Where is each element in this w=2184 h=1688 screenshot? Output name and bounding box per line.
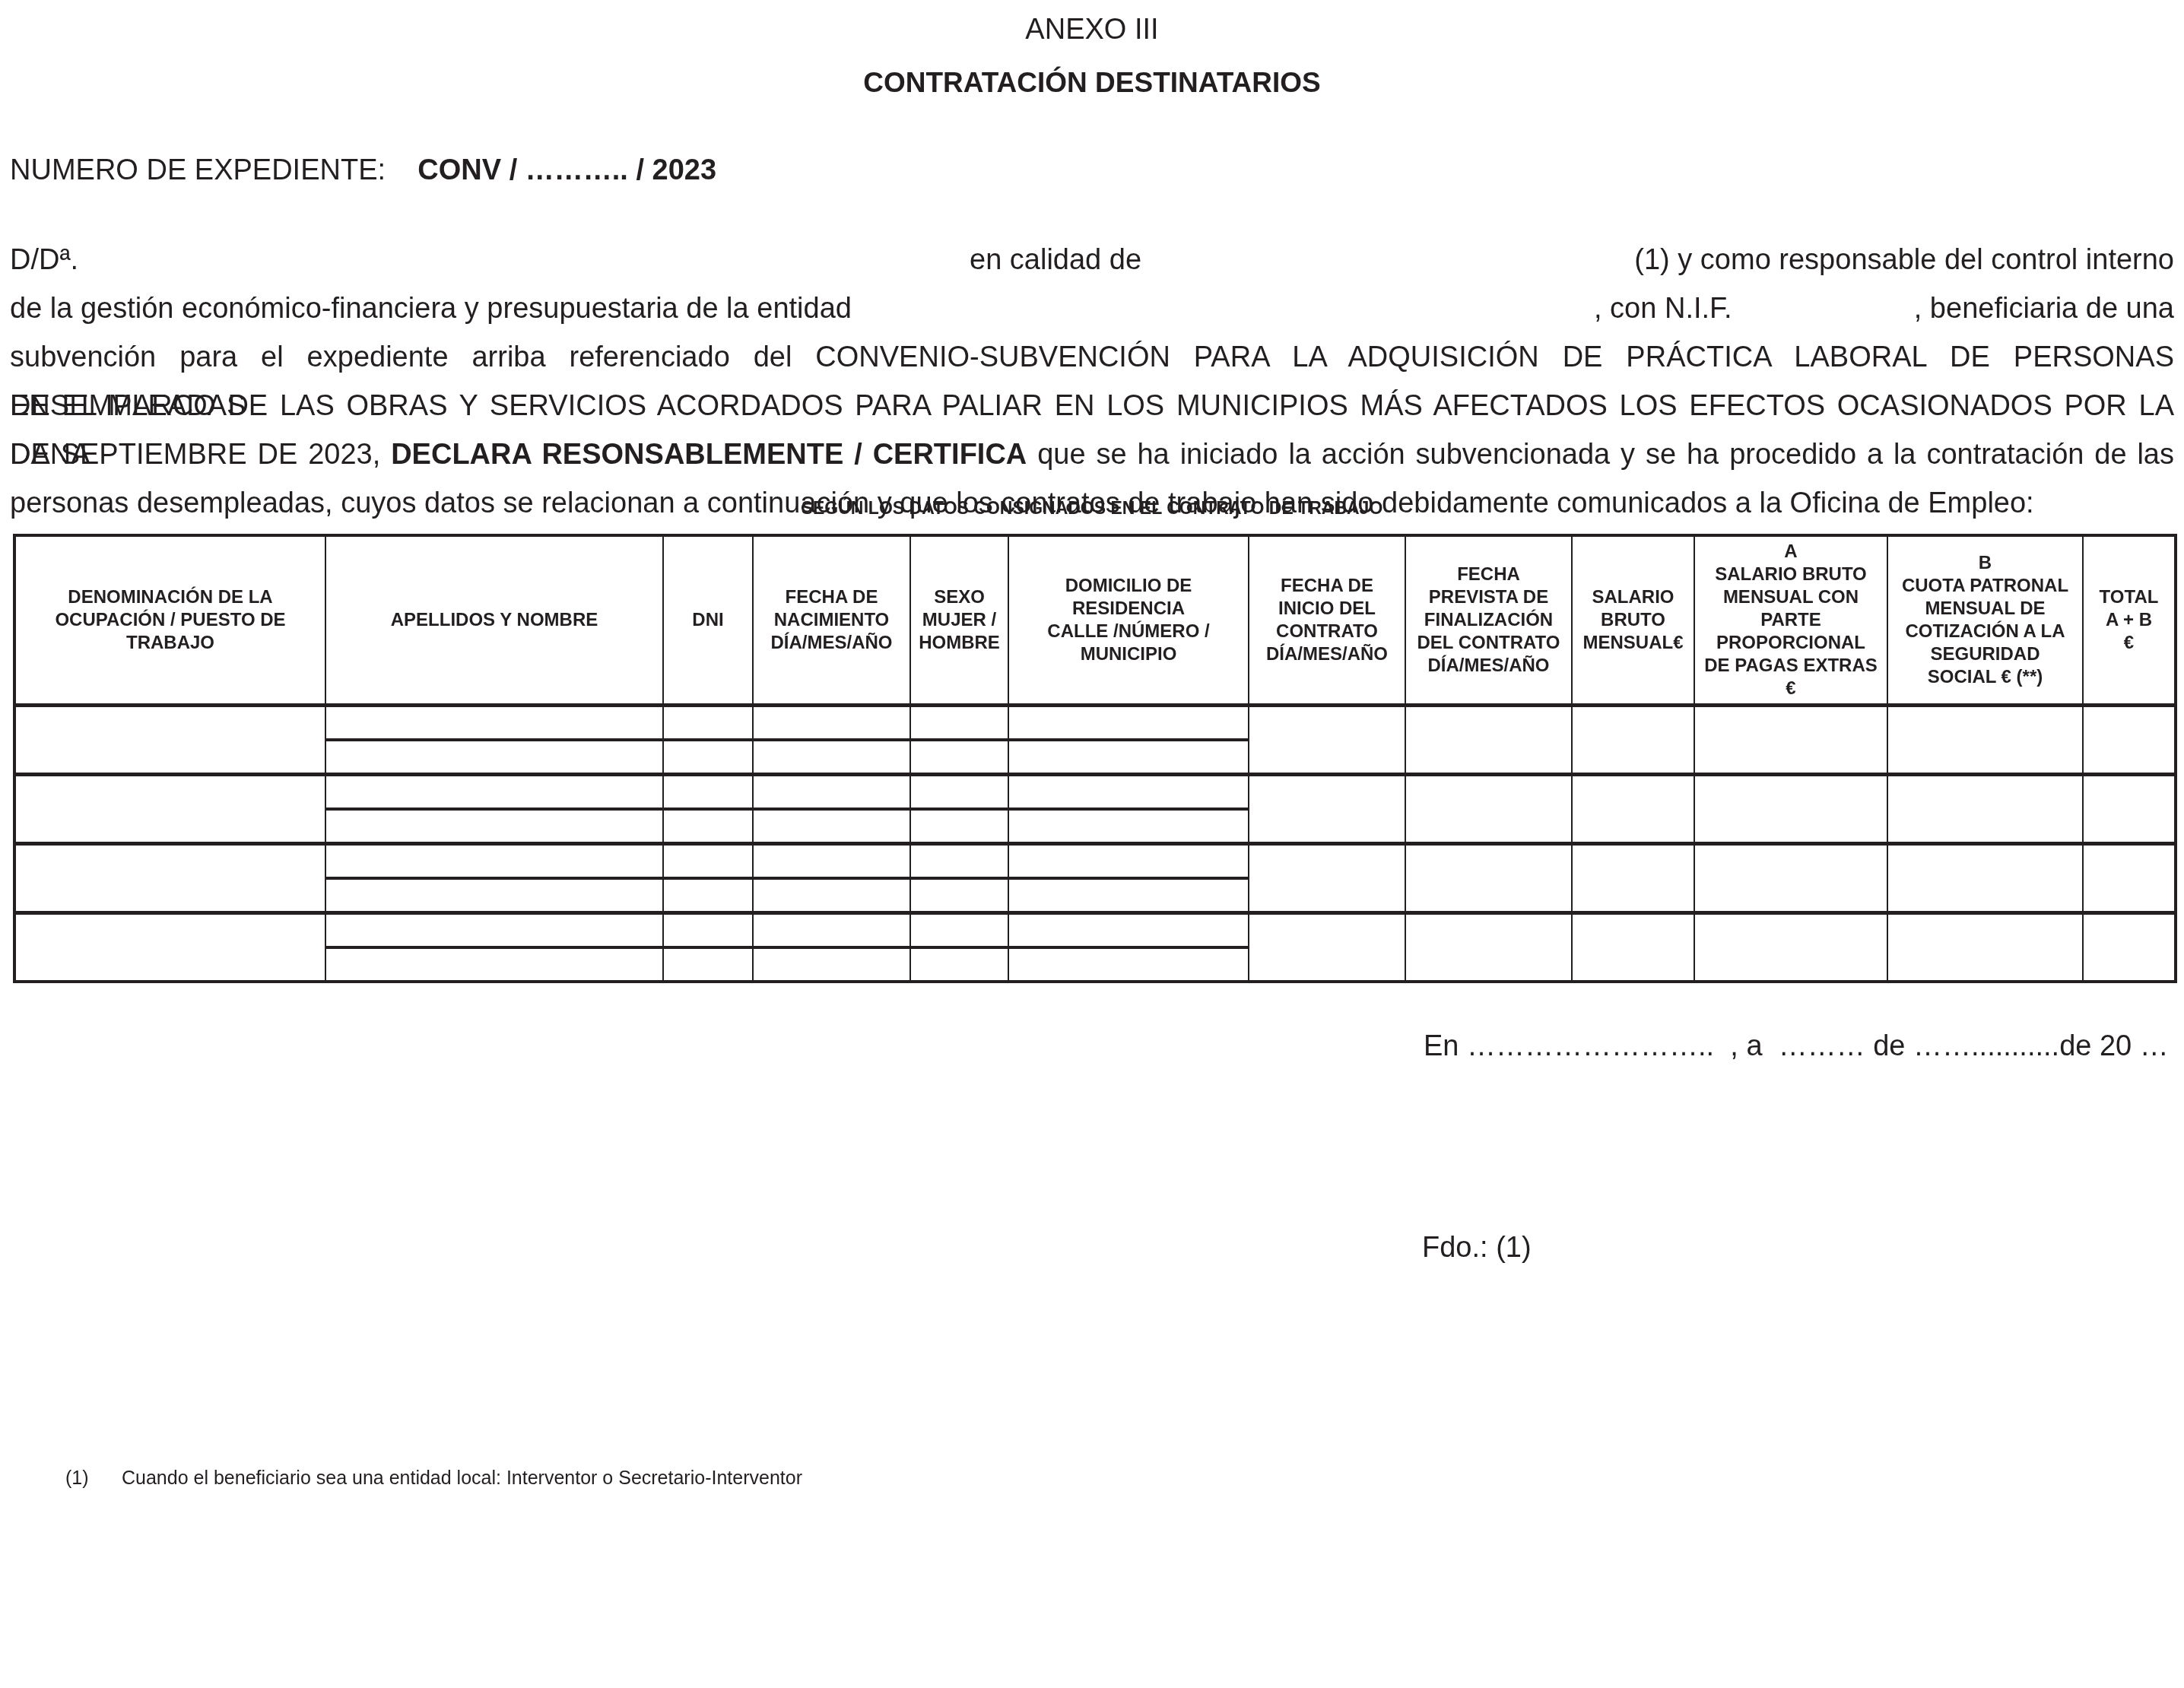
table-cell[interactable]	[910, 844, 1008, 879]
expediente-row: NUMERO DE EXPEDIENTE: CONV / ……….. / 202…	[10, 154, 716, 187]
table-cell[interactable]	[910, 913, 1008, 948]
table-cell[interactable]	[325, 878, 663, 913]
table-cell[interactable]	[1694, 775, 1887, 844]
column-header: SALARIOBRUTOMENSUAL€	[1572, 535, 1694, 706]
column-header-line: FINALIZACIÓN	[1406, 609, 1571, 632]
column-header-line: DNI	[664, 609, 752, 632]
table-cell[interactable]	[1572, 913, 1694, 982]
expediente-value: CONV / ……….. / 2023	[417, 154, 716, 186]
line2-tail: , beneficiaria de una	[1914, 284, 2174, 333]
table-cell[interactable]	[325, 844, 663, 879]
d-label: D/Dª.	[10, 236, 78, 284]
line5-end: que se ha iniciado la acción subvenciona…	[1037, 439, 2174, 471]
nif-label: , con N.I.F.	[1594, 284, 1732, 333]
table-cell[interactable]	[1887, 913, 2083, 982]
column-header-line: MUJER /	[911, 609, 1008, 632]
calidad-label: en calidad de	[970, 236, 1141, 284]
table-cell[interactable]	[663, 913, 753, 948]
column-header-line: APELLIDOS Y NOMBRE	[326, 609, 662, 632]
column-header-line: SALARIO BRUTO	[1695, 563, 1887, 586]
expediente-label: NUMERO DE EXPEDIENTE:	[10, 154, 386, 186]
table-cell[interactable]	[1008, 706, 1249, 741]
column-header-line: CALLE /NÚMERO /	[1009, 620, 1248, 643]
column-header-line: FECHA DE	[754, 586, 909, 609]
table-header-row: DENOMINACIÓN DE LAOCUPACIÓN / PUESTO DET…	[14, 535, 2176, 706]
table-cell[interactable]	[910, 706, 1008, 741]
column-header: SEXOMUJER /HOMBRE	[910, 535, 1008, 706]
table-cell[interactable]	[1249, 913, 1405, 982]
column-header-line: PROPORCIONAL	[1695, 632, 1887, 655]
column-header-line: DEL CONTRATO	[1406, 632, 1571, 655]
column-header-line: NACIMIENTO	[754, 609, 909, 632]
recipients-table: DENOMINACIÓN DE LAOCUPACIÓN / PUESTO DET…	[13, 534, 2177, 983]
column-header-line: DENOMINACIÓN DE LA	[16, 586, 325, 609]
column-header-line: €	[2084, 632, 2174, 655]
table-cell[interactable]	[14, 844, 325, 913]
column-header: DOMICILIO DERESIDENCIACALLE /NÚMERO /MUN…	[1008, 535, 1249, 706]
table-cell[interactable]	[1249, 844, 1405, 913]
document-title: CONTRATACIÓN DESTINATARIOS	[0, 67, 2184, 99]
table-cell[interactable]	[663, 947, 753, 982]
declaration-line-3: subvención para el expediente arriba ref…	[10, 333, 2174, 382]
column-header: ASALARIO BRUTOMENSUAL CONPARTEPROPORCION…	[1694, 535, 1887, 706]
table-row	[14, 775, 2176, 810]
column-header-line: FECHA DE	[1249, 575, 1405, 598]
table-cell[interactable]	[1008, 844, 1249, 879]
table-cell[interactable]	[663, 809, 753, 844]
table-cell[interactable]	[1008, 775, 1249, 810]
table-cell[interactable]	[2083, 913, 2176, 982]
table-cell[interactable]	[325, 706, 663, 741]
column-header-line: €	[1695, 677, 1887, 700]
line5-start: DE SEPTIEMBRE DE 2023,	[10, 439, 380, 471]
table-cell[interactable]	[1887, 844, 2083, 913]
column-header-line: MUNICIPIO	[1009, 643, 1248, 666]
table-row	[14, 706, 2176, 741]
column-header: TOTALA + B€	[2083, 535, 2176, 706]
table-cell[interactable]	[1008, 740, 1249, 775]
column-header-line: SEXO	[911, 586, 1008, 609]
entidad-label: de la gestión económico-financiera y pre…	[10, 284, 852, 333]
declara-certifica: DECLARA RESONSABLEMENTE / CERTIFICA	[391, 439, 1027, 471]
table-cell[interactable]	[753, 844, 910, 879]
table-cell[interactable]	[910, 775, 1008, 810]
column-header: FECHA DENACIMIENTODÍA/MES/AÑO	[753, 535, 910, 706]
table-cell[interactable]	[753, 947, 910, 982]
table-cell[interactable]	[1405, 913, 1572, 982]
column-header-line: DÍA/MES/AÑO	[754, 632, 909, 655]
column-header-line: FECHA	[1406, 563, 1571, 586]
column-header-line: MENSUAL DE	[1888, 598, 2082, 620]
table-cell[interactable]	[14, 913, 325, 982]
table-cell[interactable]	[1405, 844, 1572, 913]
column-header: DNI	[663, 535, 753, 706]
column-header: DENOMINACIÓN DE LAOCUPACIÓN / PUESTO DET…	[14, 535, 325, 706]
column-header-line: CONTRATO	[1249, 620, 1405, 643]
table-cell[interactable]	[753, 740, 910, 775]
table-cell[interactable]	[753, 878, 910, 913]
column-header-line: DOMICILIO DE	[1009, 575, 1248, 598]
table-cell[interactable]	[1694, 913, 1887, 982]
table-cell[interactable]	[753, 775, 910, 810]
column-header-line: SOCIAL € (**)	[1888, 666, 2082, 689]
table-cell[interactable]	[1405, 706, 1572, 775]
column-header: BCUOTA PATRONALMENSUAL DECOTIZACIÓN A LA…	[1887, 535, 2083, 706]
table-cell[interactable]	[1887, 775, 2083, 844]
table-cell[interactable]	[663, 775, 753, 810]
table-cell[interactable]	[2083, 844, 2176, 913]
column-header-line: INICIO DEL	[1249, 598, 1405, 620]
column-header-line: PARTE	[1695, 609, 1887, 632]
table-cell[interactable]	[910, 809, 1008, 844]
declaration-line-1: D/Dª. en calidad de (1) y como responsab…	[10, 236, 2174, 284]
table-cell[interactable]	[1008, 878, 1249, 913]
table-cell[interactable]	[2083, 706, 2176, 775]
table-cell[interactable]	[1249, 706, 1405, 775]
footnote-marker: (1)	[65, 1467, 89, 1490]
table-cell[interactable]	[753, 706, 910, 741]
column-header-line: CUOTA PATRONAL	[1888, 575, 2082, 598]
column-header-line: MENSUAL CON	[1695, 586, 1887, 609]
table-cell[interactable]	[910, 740, 1008, 775]
column-header-line: HOMBRE	[911, 632, 1008, 655]
column-header-line: A	[1695, 541, 1887, 563]
table-cell[interactable]	[910, 947, 1008, 982]
table-cell[interactable]	[1572, 844, 1694, 913]
table-cell[interactable]	[663, 844, 753, 879]
table-cell[interactable]	[1694, 706, 1887, 775]
table-cell[interactable]	[325, 913, 663, 948]
annex-label: ANEXO III	[0, 14, 2184, 46]
column-header-line: SEGURIDAD	[1888, 643, 2082, 666]
declaration-line-5: DE SEPTIEMBRE DE 2023, DECLARA RESONSABL…	[10, 430, 2174, 479]
signature-label: Fdo.: (1)	[1422, 1232, 1532, 1264]
declaration-line-4: EN EL MARCO DE LAS OBRAS Y SERVICIOS ACO…	[10, 382, 2174, 430]
column-header-line: TOTAL	[2084, 586, 2174, 609]
column-header-line: MENSUAL€	[1573, 632, 1694, 655]
column-header-line: RESIDENCIA	[1009, 598, 1248, 620]
column-header-line: DE PAGAS EXTRAS	[1695, 655, 1887, 677]
column-header-line: PREVISTA DE	[1406, 586, 1571, 609]
table-cell[interactable]	[325, 740, 663, 775]
column-header-line: SALARIO	[1573, 586, 1694, 609]
column-header-line: OCUPACIÓN / PUESTO DE	[16, 609, 325, 632]
footnote-text: Cuando el beneficiario sea una entidad l…	[122, 1467, 802, 1490]
table-cell[interactable]	[1405, 775, 1572, 844]
date-line: En …………………….. , a ……… de ……...........de…	[1424, 1030, 2169, 1063]
table-cell[interactable]	[753, 913, 910, 948]
column-header: FECHAPREVISTA DEFINALIZACIÓNDEL CONTRATO…	[1405, 535, 1572, 706]
column-header-line: B	[1888, 552, 2082, 575]
column-header: FECHA DEINICIO DELCONTRATODÍA/MES/AÑO	[1249, 535, 1405, 706]
table-cell[interactable]	[1694, 844, 1887, 913]
table-caption: SEGÚN LOS DATOS CONSIGNADOS EN EL CONTRA…	[0, 498, 2184, 519]
table-cell[interactable]	[753, 809, 910, 844]
table-cell[interactable]	[910, 878, 1008, 913]
table-cell[interactable]	[663, 706, 753, 741]
column-header: APELLIDOS Y NOMBRE	[325, 535, 663, 706]
column-header-line: A + B	[2084, 609, 2174, 632]
table-cell[interactable]	[325, 809, 663, 844]
table-cell[interactable]	[325, 775, 663, 810]
table-cell[interactable]	[2083, 775, 2176, 844]
line1-tail: (1) y como responsable del control inter…	[1634, 236, 2174, 284]
column-header-line: COTIZACIÓN A LA	[1888, 620, 2082, 643]
table-cell[interactable]	[663, 740, 753, 775]
table-cell[interactable]	[1008, 913, 1249, 948]
table-cell[interactable]	[325, 947, 663, 982]
table-cell[interactable]	[1887, 706, 2083, 775]
table-cell[interactable]	[1572, 775, 1694, 844]
table-row	[14, 913, 2176, 948]
column-header-line: BRUTO	[1573, 609, 1694, 632]
column-header-line: DÍA/MES/AÑO	[1406, 655, 1571, 677]
table-cell[interactable]	[14, 706, 325, 775]
table-row	[14, 844, 2176, 879]
table-cell[interactable]	[1008, 947, 1249, 982]
column-header-line: DÍA/MES/AÑO	[1249, 643, 1405, 666]
declaration-line-2: de la gestión económico-financiera y pre…	[10, 284, 2174, 333]
table-cell[interactable]	[1249, 775, 1405, 844]
table-cell[interactable]	[1008, 809, 1249, 844]
table-cell[interactable]	[14, 775, 325, 844]
table-cell[interactable]	[663, 878, 753, 913]
table-cell[interactable]	[1572, 706, 1694, 775]
column-header-line: TRABAJO	[16, 632, 325, 655]
